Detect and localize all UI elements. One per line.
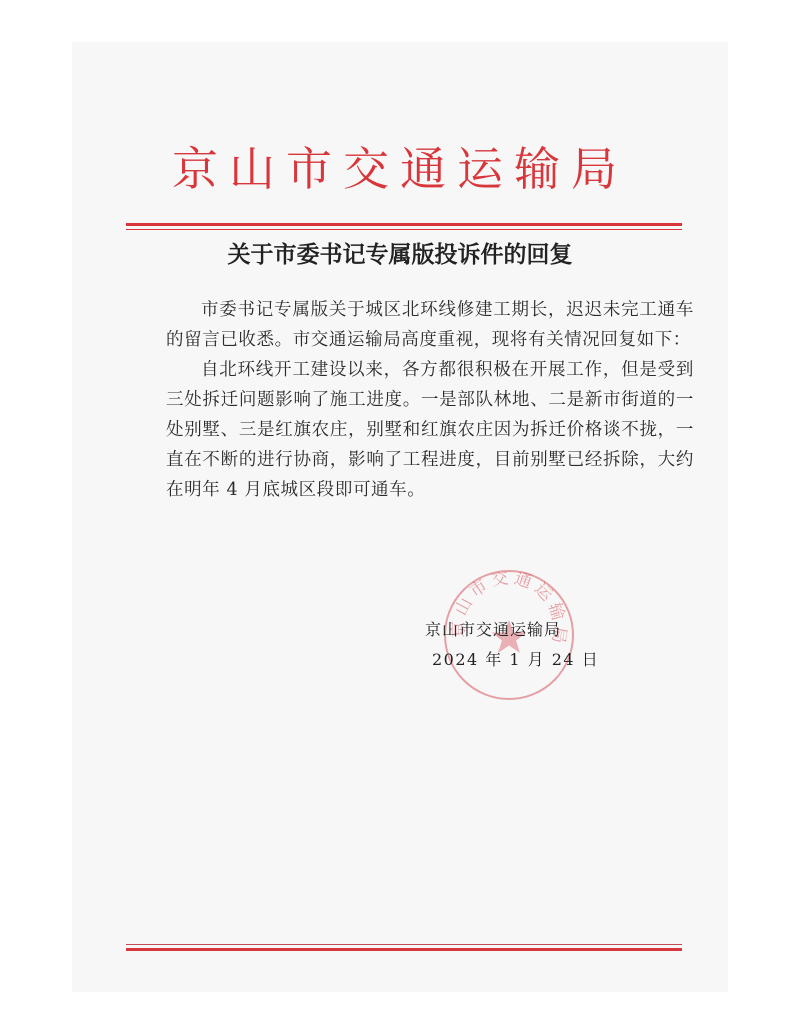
footer-rule-thin bbox=[126, 944, 682, 945]
document-page: 京山市交通运输局 关于市委书记专属版投诉件的回复 市委书记专属版关于城区北环线修… bbox=[72, 42, 728, 992]
document-title: 关于市委书记专属版投诉件的回复 bbox=[72, 230, 728, 280]
signature-block: 京山市交通运输局 2024 年 1 月 24 日 bbox=[422, 615, 599, 675]
signature-date: 2024 年 1 月 24 日 bbox=[432, 645, 599, 675]
signature-org: 京山市交通运输局 bbox=[425, 615, 599, 645]
body-paragraph-1: 市委书记专属版关于城区北环线修建工期长，迟迟未完工通车的留言已收悉。市交通运输局… bbox=[166, 295, 694, 355]
letterhead-rule-thick bbox=[126, 223, 682, 226]
letterhead-org-name: 京山市交通运输局 bbox=[72, 139, 728, 199]
footer-rule-thick bbox=[126, 948, 682, 951]
body-paragraph-2: 自北环线开工建设以来，各方都很积极在开展工作，但是受到三处拆迁问题影响了施工进度… bbox=[166, 355, 694, 505]
document-body: 市委书记专属版关于城区北环线修建工期长，迟迟未完工通车的留言已收悉。市交通运输局… bbox=[166, 295, 694, 505]
